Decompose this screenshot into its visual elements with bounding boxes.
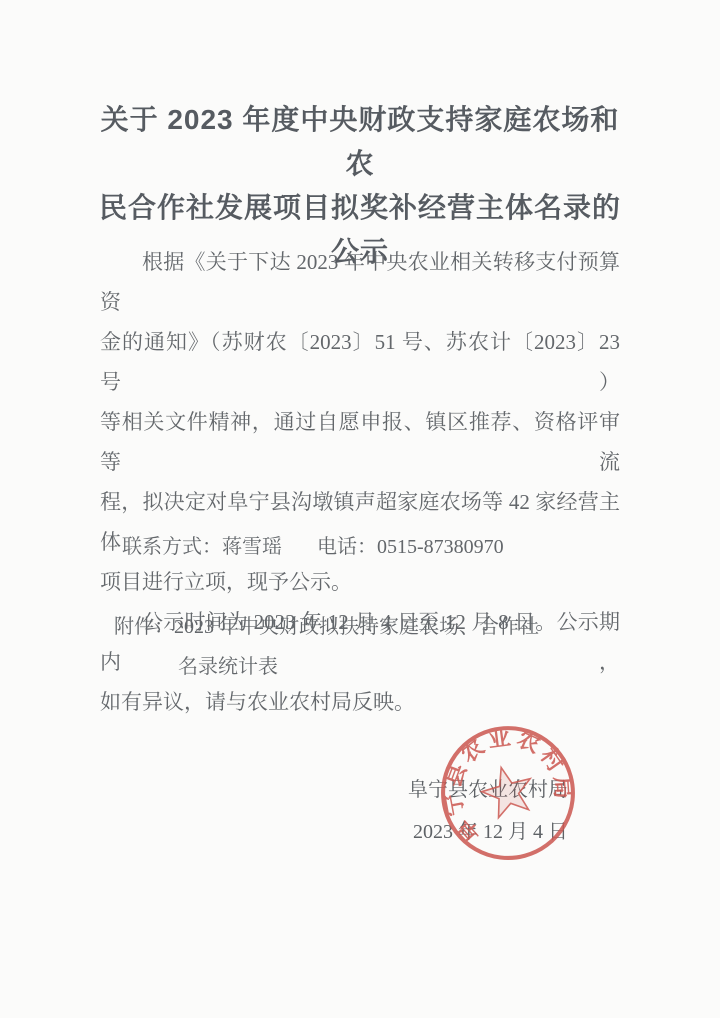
title-line-1: 关于 2023 年度中央财政支持家庭农场和农: [88, 98, 632, 186]
paragraph1-line: 项目进行立项，现予公示。: [100, 562, 620, 602]
document-page: 关于 2023 年度中央财政支持家庭农场和农 民合作社发展项目拟奖补经营主体名录…: [0, 0, 720, 1018]
signature-date: 2023 年 12 月 4 日: [408, 811, 568, 853]
contact-person: 联系方式：蒋雪瑶: [122, 536, 282, 558]
paragraph1-line: 金的通知》（苏财农〔2023〕51 号、苏农计〔2023〕23 号）: [100, 322, 620, 402]
title-line-2: 民合作社发展项目拟奖补经营主体名录的: [88, 186, 632, 230]
signature-block: 阜宁县农业农村局 2023 年 12 月 4 日: [408, 769, 568, 853]
paragraph1-line: 根据《关于下达 2023 年中央农业相关转移支付预算资: [100, 242, 620, 322]
attachment-line-1: 附件：2023 年中央财政拟扶持家庭农场、合作社: [100, 607, 620, 647]
contact-line: 联系方式：蒋雪瑶 电话：0515-87380970: [100, 527, 620, 567]
paragraph2-line: 如有异议，请与农业农村局反映。: [100, 682, 620, 722]
attachment-line-2: 名录统计表: [100, 647, 620, 687]
paragraph1-line: 等相关文件精神，通过自愿申报、镇区推荐、资格评审等流: [100, 402, 620, 482]
attachment-block: 附件：2023 年中央财政拟扶持家庭农场、合作社 名录统计表: [100, 607, 620, 687]
contact-phone: 电话：0515-87380970: [317, 536, 504, 558]
signature-issuer: 阜宁县农业农村局: [408, 769, 568, 811]
